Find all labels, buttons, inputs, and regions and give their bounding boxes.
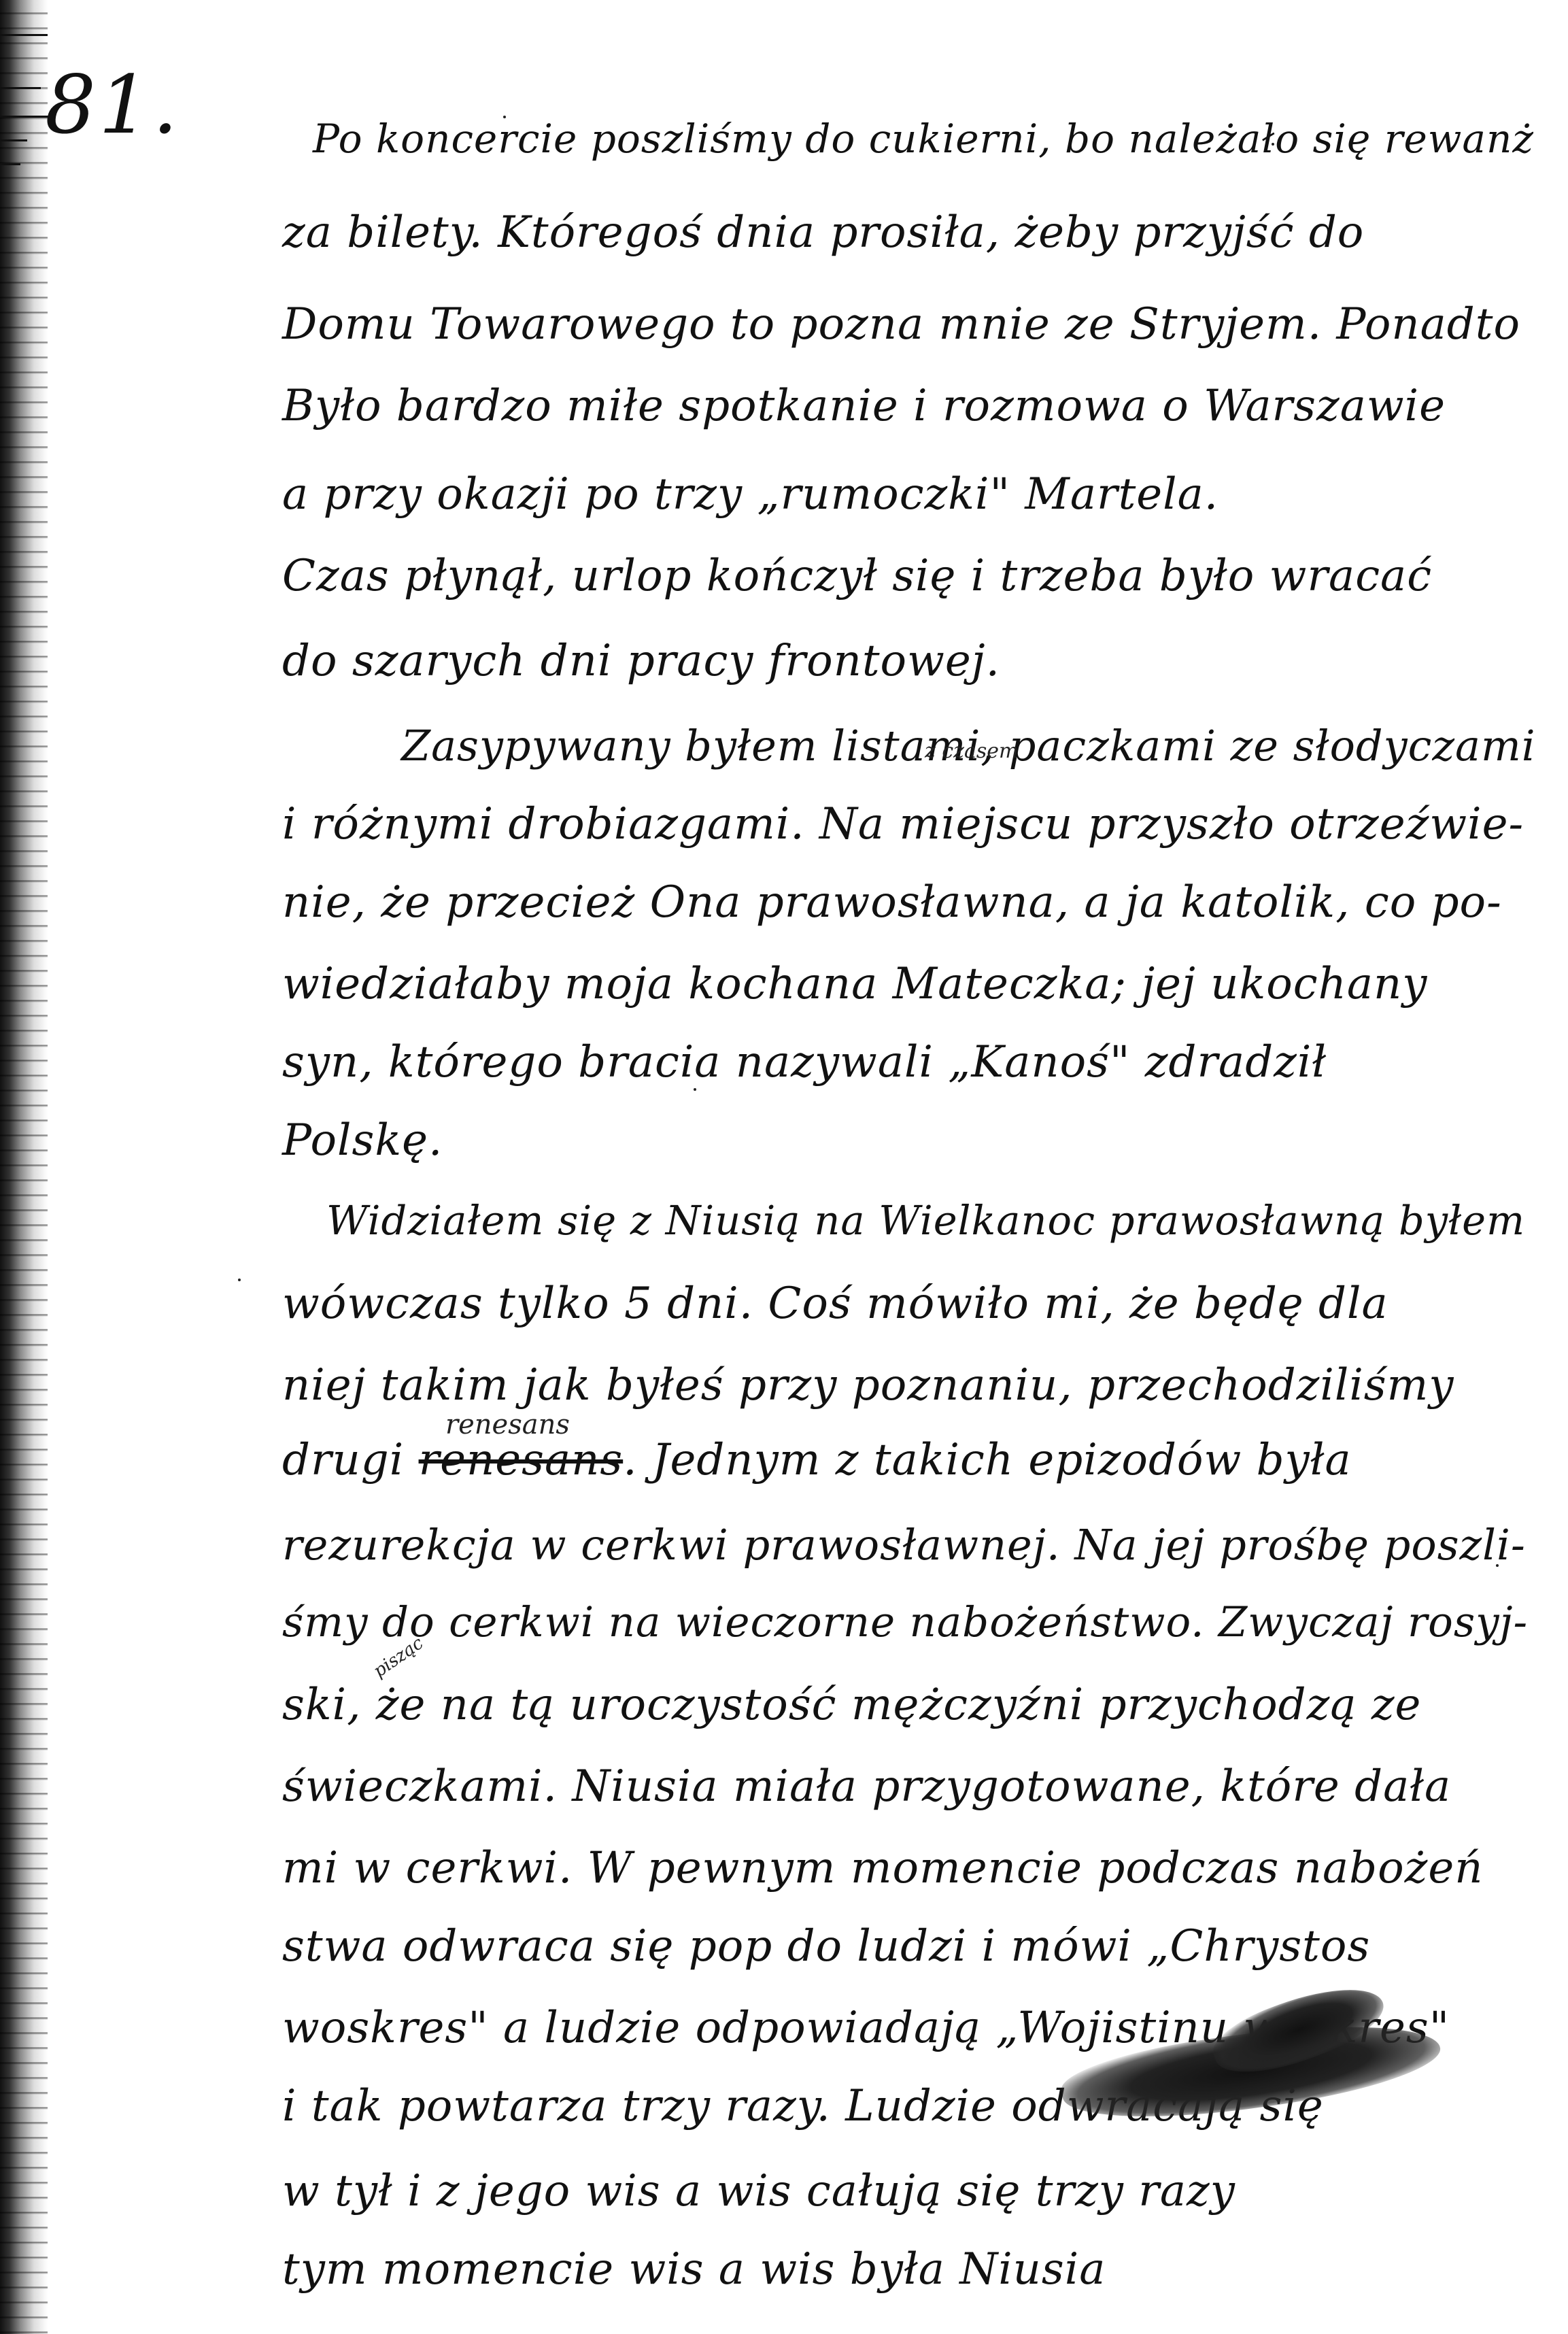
binding-streak (0, 87, 41, 89)
handwritten-line: świeczkami. Niusia miała przygotowane, k… (282, 1761, 1451, 1812)
handwritten-line: syn, którego bracia nazywali „Kanoś" zdr… (282, 1037, 1327, 1087)
handwritten-line: śmy do cerkwi na wieczorne nabożeństwo. … (282, 1598, 1528, 1646)
handwritten-line: Domu Towarowego to pozna mnie ze Stryjem… (282, 299, 1520, 350)
handwritten-line: wówczas tylko 5 dni. Coś mówiło mi, że b… (282, 1279, 1388, 1329)
handwritten-line: za bilety. Któregoś dnia prosiła, żeby p… (282, 207, 1364, 258)
handwritten-line: Czas płynął, urlop kończył się i trzeba … (282, 551, 1432, 601)
handwritten-line: Było bardzo miłe spotkanie i rozmowa o W… (282, 381, 1446, 431)
handwritten-line: stwa odwraca się pop do ludzi i mówi „Ch… (282, 1921, 1370, 1972)
handwritten-line: tym momencie wis a wis była Niusia (282, 2244, 1106, 2295)
handwritten-line: Polskę. (282, 1115, 443, 1166)
binding-streak (0, 163, 20, 165)
correction-note: renesans (445, 1409, 570, 1440)
handwritten-line: Widziałem się z Niusią na Wielkanoc praw… (326, 1197, 1525, 1244)
binding-streak (0, 34, 48, 36)
binding-streak (0, 139, 27, 141)
handwritten-line: ski, że na tą uroczystość mężczyźni przy… (282, 1680, 1421, 1730)
handwritten-line: i różnymi drobiazgami. Na miejscu przysz… (282, 799, 1524, 849)
handwritten-line: mi w cerkwi. W pewnym momencie podczas n… (282, 1843, 1483, 1893)
handwritten-line: rezurekcja w cerkwi prawosławnej. Na jej… (282, 1520, 1526, 1570)
handwritten-line: Po koncercie poszliśmy do cukierni, bo n… (313, 116, 1534, 162)
handwritten-line: a przy okazji po trzy „rumoczki" Martela… (282, 469, 1218, 520)
handwritten-line: wiedziałaby moja kochana Mateczka; jej u… (282, 959, 1427, 1009)
handwritten-line: niej takim jak byłeś przy poznaniu, prze… (282, 1360, 1454, 1410)
insertion-note: z czasem (925, 739, 1018, 763)
handwritten-line: nie, że przecież Ona prawosławna, a ja k… (282, 877, 1502, 928)
handwritten-line: w tył i z jego wis a wis całują się trzy… (282, 2166, 1235, 2216)
struck-word: renesans (419, 1435, 624, 1485)
scanned-handwritten-page: 81. Po koncercie poszliśmy do cukierni, … (0, 0, 1568, 2334)
page-number: 81. (45, 58, 181, 152)
handwritten-line: do szarych dni pracy frontowej. (282, 636, 1000, 686)
binding-edge-shadow (0, 0, 48, 2334)
handwritten-line: drugi renesans. Jednym z takich epizodów… (282, 1435, 1352, 1485)
